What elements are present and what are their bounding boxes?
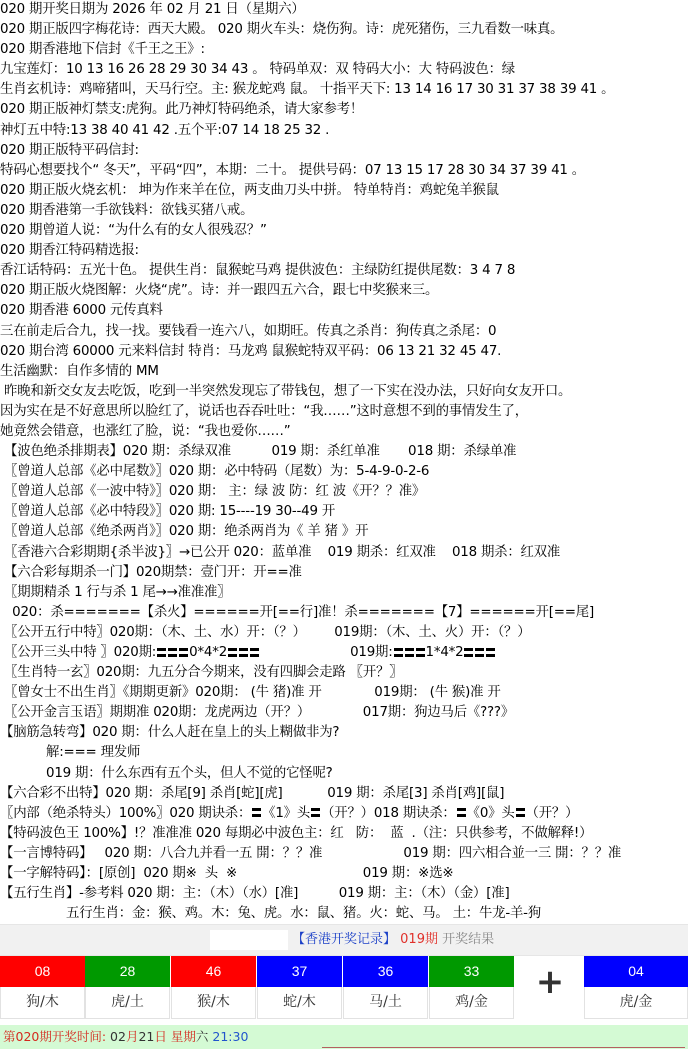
bar-icon: [168, 648, 177, 657]
text-line: 〖香港六合彩期期{杀半波}〗→已公开 020：蓝单准 019 期杀：红双准 01…: [0, 543, 688, 563]
text-line: 020 期正版特平码信封:: [0, 141, 688, 161]
draw-time-prefix: 第020期开奖时间:: [3, 1029, 106, 1044]
special-ball-number: 04: [584, 956, 688, 987]
ball-number: 28: [85, 956, 170, 987]
text-line: 〖曾道人总部《绝杀两肖》〗020 期：绝杀两肖为《 羊 猪 》开: [0, 522, 688, 542]
bar-icon: [486, 648, 495, 657]
text-line: 【一字解特码】：[原创] 020 期※ 头 ※ 019 期：※选※: [0, 864, 688, 884]
text-line: 生活幽默：自作多情的 MM: [0, 362, 688, 382]
result-ball: 37 蛇/木: [257, 956, 342, 1019]
special-ball-zodiac: 虎/金: [584, 987, 688, 1019]
text-line: 〖曾道人总部《必中尾数》〗020 期：必中特码（尾数）为：5-4-9-0-2-6: [0, 462, 688, 482]
text-line: 020 期香江特码精选报:: [0, 241, 688, 261]
text-line: 〖曾道人总部《一波中特》〗020 期： 主：绿 波 防：红 波《开？？准》: [0, 482, 688, 502]
draw-week-label: 星期: [167, 1029, 196, 1044]
results-suffix: 开奖结果: [442, 932, 494, 947]
draw-day-num: 21: [138, 1029, 154, 1044]
text-line: 【六合彩每期杀一门】020期禁：壹门开：开==准: [0, 563, 688, 583]
bar-icon: [250, 648, 259, 657]
results-title-label[interactable]: 【香港开奖记录】: [292, 932, 396, 947]
text-line: 她竟然会错意，也涨红了脸，说：“我也爱你……”: [0, 422, 688, 442]
text-line: 香江话特码：五光十色。 提供生肖：鼠猴蛇马鸡 提供波色：主绿防红提供尾数：3 4…: [0, 261, 688, 281]
plus-icon: +: [516, 962, 584, 1002]
bar-icon: [516, 808, 525, 817]
neibu-label: 〖内部（绝杀特头）100%〗020 期诀杀：: [0, 806, 251, 821]
ball-zodiac: 狗/木: [0, 987, 85, 1019]
text-line: 020 期香港地下信封《千王之王》:: [0, 40, 688, 60]
draw-week-day: 六: [196, 1029, 209, 1044]
ball-zodiac: 虎/土: [85, 987, 170, 1019]
text-line: 020 期台湾 60000 元来料信封 特肖：马龙鸡 鼠猴蛇特双平码：06 13…: [0, 342, 688, 362]
next-draw-time: 第020期开奖时间: 02月21日 星期六 21:30: [0, 1025, 688, 1049]
results-title: 【香港开奖记录】 019期 开奖结果: [292, 925, 494, 955]
text-line: 020：杀=======【杀火】======开[==行]准！杀=======【7…: [0, 603, 688, 623]
text-line: 020 期香港第一手欲钱料：欲钱买猪八戒。: [0, 201, 688, 221]
san-tou-020-value: 0*4*2: [189, 645, 227, 660]
text-line: 020 期正版火烧图解：火烧“虎”。诗：并一跟四五六合，跟七中奖猴来三。: [0, 281, 688, 301]
neibu-open-2: （开？）: [526, 806, 579, 821]
result-ball: 36 马/土: [343, 956, 428, 1019]
result-ball: 33 鸡/金: [429, 956, 514, 1019]
neibu-018-label: 018 期诀杀：: [374, 806, 456, 821]
text-line: 020 期正版神灯禁支:虎狗。此乃神灯特码绝杀，请大家参考！: [0, 100, 688, 120]
ball-number: 36: [343, 956, 428, 987]
text-line: 三在前走后合九，找一找。要钱看一连六八，如期旺。传真之杀肖：狗传真之杀尾：0: [0, 322, 688, 342]
result-ball: 08 狗/木: [0, 956, 85, 1019]
draw-month-num: 02: [106, 1029, 126, 1044]
text-line: 特码心想要找个“ 冬天”，平码“四”，本期：二十。 提供号码：07 13 15 …: [0, 161, 688, 181]
text-line: 【五行生肖】-参考料 020 期：主：（木）（水）[准] 019 期：主：（木）…: [0, 884, 688, 904]
bar-icon: [405, 648, 414, 657]
text-line: 【特码波色王 100%】!？准准准 020 每期必中波色主：红 防： 蓝 .（注…: [0, 824, 688, 844]
bar-icon: [416, 648, 425, 657]
text-line: 〖期期精杀 1 行与杀 1 尾→→准准准〗: [0, 583, 688, 603]
result-balls: 08 狗/木 28 虎/土 46 猴/木 37 蛇/木 36 马/土 33 鸡/…: [0, 956, 688, 1019]
san-tou-019-label: 019期:: [350, 645, 392, 660]
san-tou-label: 〖公开三头中特 〗020期:: [0, 645, 156, 660]
text-line: 〖曾女士不出生肖〗《期期更新》020期： (牛 猪)准 开 019期： (牛 猴…: [0, 683, 688, 703]
text-line: 020 期开奖日期为 2026 年 02 月 21 日（星期六）: [0, 0, 688, 20]
san-tou-019-value: 1*4*2: [426, 645, 464, 660]
bar-icon: [475, 648, 484, 657]
bar-icon: [394, 648, 403, 657]
header-blank-box: [210, 930, 288, 950]
divider: [322, 1047, 685, 1048]
text-line: 九宝莲灯：10 13 16 26 28 29 30 34 43 。 特码单双：双…: [0, 60, 688, 80]
san-tou-line: 〖公开三头中特 〗020期:0*4*2019期:1*4*2: [0, 643, 688, 663]
ball-number: 46: [171, 956, 256, 987]
ball-zodiac: 蛇/木: [257, 987, 342, 1019]
bar-icon: [157, 648, 166, 657]
ball-number: 37: [257, 956, 342, 987]
text-line: 〖公开五行中特〗020期：（木、土、水）开：（？） 019期：（木、土、火）开：…: [0, 623, 688, 643]
bar-icon: [239, 648, 248, 657]
text-line: 〖生肖特一玄〗020期：九五分合今期来，没有四脚会走路 〖开？〗: [0, 663, 688, 683]
text-line: 【波色绝杀排期表】020 期：杀绿双准 019 期：杀红单准 018 期：杀绿单…: [0, 442, 688, 462]
result-ball: 46 猴/木: [171, 956, 256, 1019]
bar-icon: [311, 808, 320, 817]
ball-zodiac: 鸡/金: [429, 987, 514, 1019]
result-ball: 28 虎/土: [85, 956, 170, 1019]
bar-icon: [228, 648, 237, 657]
neibu-open: （开？）: [321, 806, 374, 821]
ball-number: 08: [0, 956, 85, 987]
text-line: 神灯五中特:13 38 40 41 42 .五个平:07 14 18 25 32…: [0, 121, 688, 141]
text-line: 【六合彩不出特】020 期：杀尾[9] 杀肖[蛇][虎] 019 期：杀尾[3]…: [0, 784, 688, 804]
draw-month-label: 月: [126, 1029, 139, 1044]
text-line: 昨晚和新交女友去吃饭，吃到一半突然发现忘了带钱包，想了一下实在没办法，只好向女友…: [0, 382, 688, 402]
text-line: 020 期正版四字梅花诗：西天大殿。 020 期火车头：烧伤狗。诗：虎死猪伤，三…: [0, 20, 688, 40]
text-line: 【一言博特码】 020 期：八合九并看一五 開：？？准 019 期：四六相合並一…: [0, 844, 688, 864]
forecast-text-block: 020 期开奖日期为 2026 年 02 月 21 日（星期六） 020 期正版…: [0, 0, 688, 924]
draw-time-value: 21:30: [208, 1029, 248, 1044]
ball-number: 33: [429, 956, 514, 987]
text-line: 解:=== 理发师: [0, 743, 688, 763]
text-line: 019 期：什么东西有五个头，但人不觉的它怪呢?: [0, 764, 688, 784]
results-period: 019期: [400, 932, 438, 947]
text-line: 五行生肖：金：猴、鸡。木：兔、虎。水：鼠、猪。火：蛇、马。 土：牛龙-羊-狗: [0, 904, 688, 924]
neibu-line: 〖内部（绝杀特头）100%〗020 期诀杀：《1》头（开？）018 期诀杀：《0…: [0, 804, 688, 824]
ball-zodiac: 马/土: [343, 987, 428, 1019]
text-line: 〖曾道人总部《必中特段》〗020 期: 15----19 30--49 开: [0, 502, 688, 522]
bar-icon: [179, 648, 188, 657]
bar-icon: [252, 808, 261, 817]
text-line: 生肖玄机诗：鸡啼猪叫，天马行空。主: 猴龙蛇鸡 鼠。 十指平天下: 13 14 …: [0, 80, 688, 100]
text-line: 因为实在是不好意思所以脸红了，说话也吞吞吐吐：“我……”这时意想不到的事情发生了…: [0, 402, 688, 422]
neibu-020-head: 《1》头: [262, 806, 310, 821]
text-line: 020 期正版火烧玄机： 坤为作来羊在位，两支曲刀头中拼。 特单特肖：鸡蛇兔羊猴…: [0, 181, 688, 201]
text-line: 020 期曾道人说：“为什么有的女人很残忍？”: [0, 221, 688, 241]
text-line: 〖公开金言玉语〗期期准 020期：龙虎两边（开？） 017期：狗边马后《???》: [0, 703, 688, 723]
bar-icon: [464, 648, 473, 657]
lottery-results-panel: 【香港开奖记录】 019期 开奖结果 08 狗/木 28 虎/土 46 猴/木 …: [0, 924, 688, 1055]
neibu-018-head: 《0》头: [467, 806, 515, 821]
text-line: 【脑筋急转弯】020 期：什么人赶在皇上的头上糊做非为?: [0, 723, 688, 743]
results-header: 【香港开奖记录】 019期 开奖结果: [0, 924, 688, 956]
bar-icon: [457, 808, 466, 817]
draw-day-label: 日: [154, 1029, 167, 1044]
ball-zodiac: 猴/木: [171, 987, 256, 1019]
special-ball: 04 虎/金: [584, 956, 688, 1019]
text-line: 020 期香港 6000 元传真料: [0, 301, 688, 321]
